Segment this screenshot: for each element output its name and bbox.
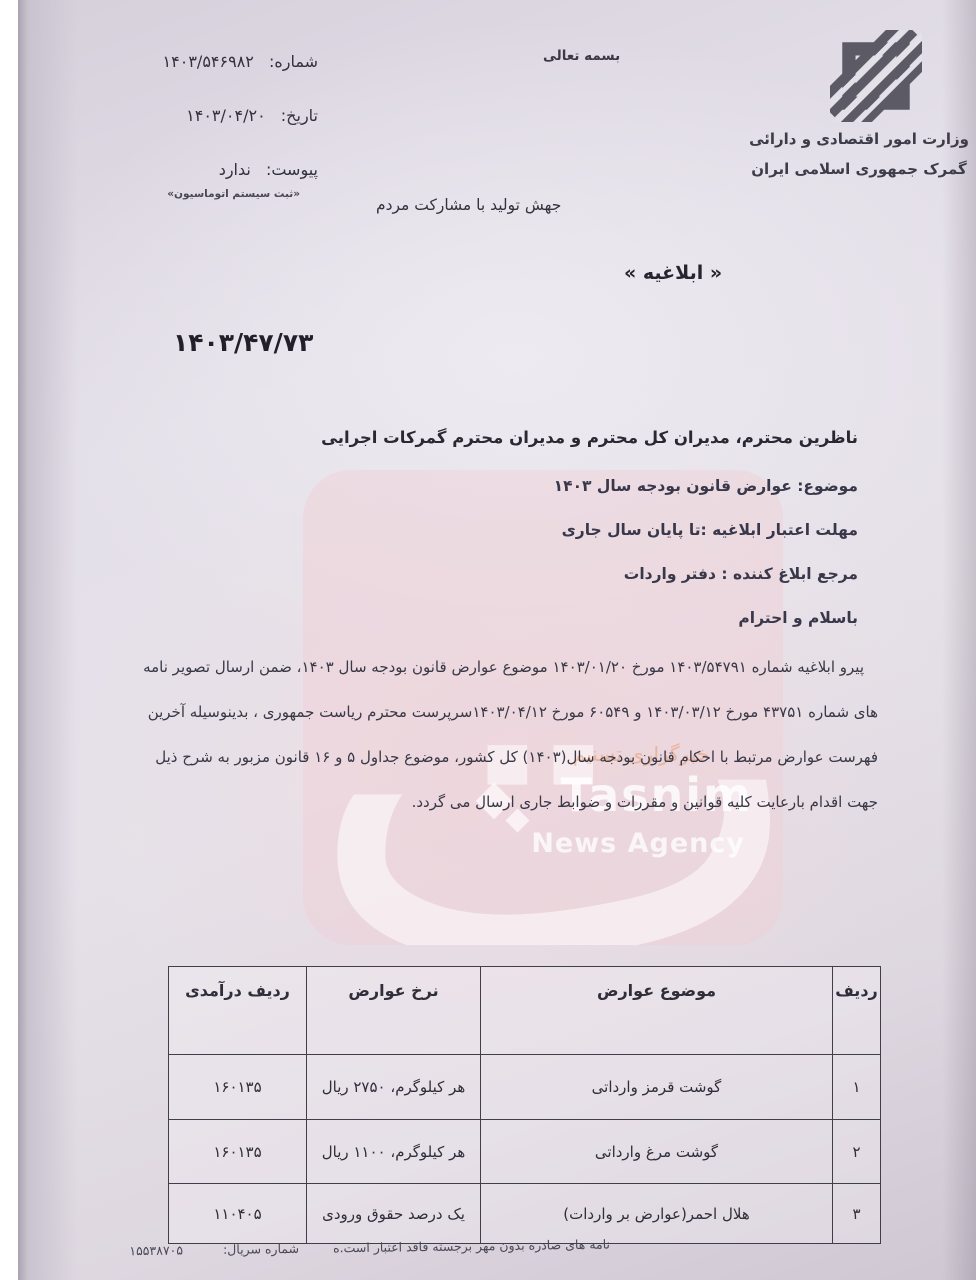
organization-name: گمرک جمهوری اسلامی ایران — [736, 154, 976, 184]
paragraph-line: پیرو ابلاغیه شماره ۱۴۰۳/۵۴۷۹۱ مورخ ۱۴۰۳/… — [98, 645, 878, 690]
cell-row-number: ۱ — [833, 1055, 881, 1120]
bismillah-text: بسمه تعالی — [543, 48, 620, 64]
cell-revenue-row: ۱۶۰۱۳۵ — [169, 1055, 307, 1120]
cell-revenue-row: ۱۶۰۱۳۵ — [169, 1120, 307, 1184]
cell-fee-subject: هلال احمر(عوارض بر واردات) — [481, 1184, 833, 1244]
paragraph-line: های شماره ۴۳۷۵۱ مورخ ۱۴۰۳/۰۳/۱۲ و ۶۰۵۴۹ … — [98, 690, 878, 735]
cell-fee-rate: یک درصد حقوق ورودی — [307, 1184, 481, 1244]
table-row: ۳ هلال احمر(عوارض بر واردات) یک درصد حقو… — [169, 1184, 881, 1244]
paragraph-line: فهرست عوارض مرتبط با احکام قانون بودجه س… — [98, 735, 878, 780]
footer-note: نامه های صادره بدون مهر برجسته فاقد اعتب… — [333, 1237, 610, 1256]
col-header-fee-subject: موضوع عوارض — [481, 967, 833, 1055]
table-header-row: ردیف موضوع عوارض نرخ عوارض ردیف درآمدی — [169, 967, 881, 1055]
paper-background: شماره: ۱۴۰۳/۵۴۶۹۸۲ تاریخ: ۱۴۰۳/۰۴/۲۰ پیو… — [18, 0, 976, 1280]
subject-line: موضوع: عوارض قانون بودجه سال ۱۴۰۳ — [554, 477, 858, 495]
slogan-text: جهش تولید با مشارکت مردم — [376, 196, 561, 214]
cell-revenue-row: ۱۱۰۴۰۵ — [169, 1184, 307, 1244]
attachment-label: پیوست: — [266, 160, 318, 179]
cell-fee-rate: هر کیلوگرم، ۱۱۰۰ ریال — [307, 1120, 481, 1184]
cell-row-number: ۳ — [833, 1184, 881, 1244]
serial-label: شماره سریال: — [223, 1241, 299, 1257]
letter-number-line: شماره: ۱۴۰۳/۵۴۶۹۸۲ — [163, 52, 318, 71]
attachment-line: پیوست: ندارد — [219, 160, 318, 179]
letter-date-line: تاریخ: ۱۴۰۳/۰۴/۲۰ — [186, 106, 318, 125]
ministry-name: وزارت امور اقتصادی و دارائی — [736, 124, 976, 154]
doc-type-title: « ابلاغیه » — [624, 262, 722, 284]
letter-number-value: ۱۴۰۳/۵۴۶۹۸۲ — [163, 52, 254, 71]
validity-line: مهلت اعتبار ابلاغیه :تا پایان سال جاری — [562, 521, 858, 539]
attachment-value: ندارد — [219, 160, 251, 179]
issuer-line: مرجع ابلاغ کننده : دفتر واردات — [624, 565, 858, 583]
cell-fee-subject: گوشت قرمز وارداتی — [481, 1055, 833, 1120]
cell-row-number: ۲ — [833, 1120, 881, 1184]
issuing-organization-block: وزارت امور اقتصادی و دارائی گمرک جمهوری … — [736, 124, 976, 184]
recipients-line: ناظرین محترم، مدیران کل محترم و مدیران م… — [321, 428, 858, 447]
table-row: ۱ گوشت قرمز وارداتی هر کیلوگرم، ۲۷۵۰ ریا… — [169, 1055, 881, 1120]
letter-number-label: شماره: — [269, 52, 318, 71]
col-header-revenue-row: ردیف درآمدی — [169, 967, 307, 1055]
scanned-letter-page: { "header": { "bismillah": "بسمه تعالی",… — [0, 0, 976, 1280]
paragraph-line: جهت اقدام بارعایت کلیه قوانین و مقررات و… — [98, 780, 878, 825]
col-header-fee-rate: نرخ عوارض — [307, 967, 481, 1055]
letter-date-value: ۱۴۰۳/۰۴/۲۰ — [186, 106, 266, 125]
salutation-line: باسلام و احترام — [738, 609, 858, 627]
letter-date-label: تاریخ: — [281, 106, 318, 125]
cell-fee-subject: گوشت مرغ وارداتی — [481, 1120, 833, 1184]
col-header-row-number: ردیف — [833, 967, 881, 1055]
tasnim-latin-subtitle: News Agency — [531, 828, 745, 859]
automation-note: «ثبت سیستم اتوماسیون» — [167, 188, 300, 200]
table-row: ۲ گوشت مرغ وارداتی هر کیلوگرم، ۱۱۰۰ ریال… — [169, 1120, 881, 1184]
cell-fee-rate: هر کیلوگرم، ۲۷۵۰ ریال — [307, 1055, 481, 1120]
customs-logo-icon — [830, 30, 922, 122]
letter-body-paragraph: پیرو ابلاغیه شماره ۱۴۰۳/۵۴۷۹۱ مورخ ۱۴۰۳/… — [98, 645, 878, 825]
serial-value: ۱۵۵۳۸۷۰۵ — [129, 1242, 183, 1258]
fees-table: ردیف موضوع عوارض نرخ عوارض ردیف درآمدی ۱… — [168, 966, 881, 1244]
handwritten-reference-number: ۱۴۰۳/۴۷/۷۳ — [173, 328, 313, 357]
